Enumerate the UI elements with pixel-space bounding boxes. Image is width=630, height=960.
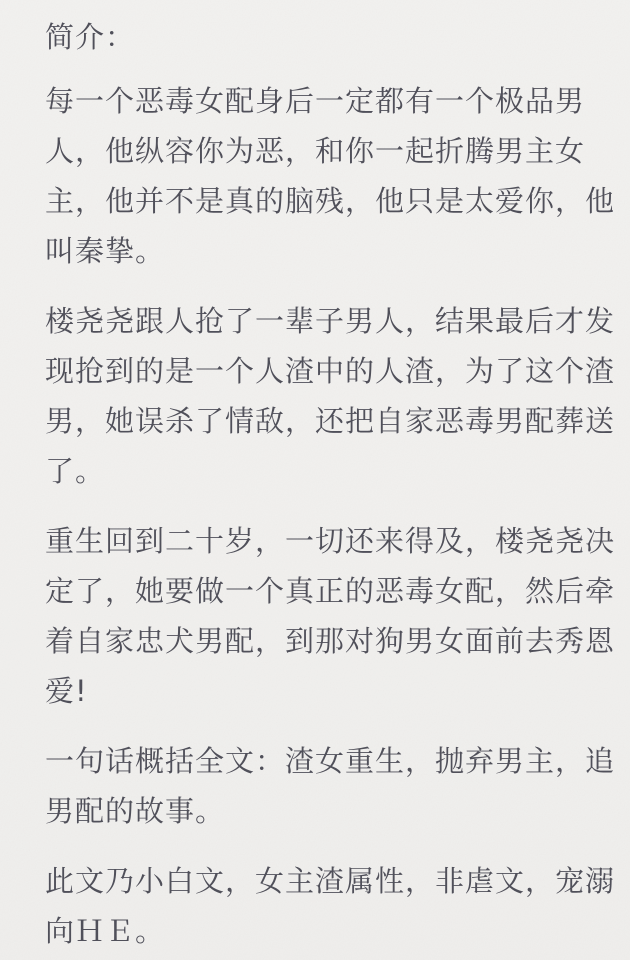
text-line: 向ＨＥ。 (45, 906, 620, 956)
synopsis-content: 简介： 每一个恶毒女配身后一定都有一个极品男 人，他纵容你为恶，和你一起折腾男主… (0, 0, 630, 960)
text-line: 每一个恶毒女配身后一定都有一个极品男 (45, 76, 620, 126)
text-line: 楼尧尧跟人抢了一辈子男人，结果最后才发 (45, 296, 620, 346)
paragraph-3: 重生回到二十岁，一切还来得及，楼尧尧决 定了，她要做一个真正的恶毒女配，然后牵 … (45, 516, 620, 716)
text-line: 现抢到的是一个人渣中的人渣，为了这个渣 (45, 346, 620, 396)
paragraph-5: 此文乃小白文，女主渣属性，非虐文，宠溺 向ＨＥ。 (45, 856, 620, 956)
text-line: 一句话概括全文：渣女重生，抛弃男主，追 (45, 736, 620, 786)
text-line: 男，她误杀了情敌，还把自家恶毒男配葬送 (45, 396, 620, 446)
synopsis-title: 简介： (45, 12, 620, 62)
text-line: 重生回到二十岁，一切还来得及，楼尧尧决 (45, 516, 620, 566)
text-line: 了。 (45, 446, 620, 496)
text-line: 男配的故事。 (45, 786, 620, 836)
text-line: 人，他纵容你为恶，和你一起折腾男主女 (45, 126, 620, 176)
paragraph-2: 楼尧尧跟人抢了一辈子男人，结果最后才发 现抢到的是一个人渣中的人渣，为了这个渣 … (45, 296, 620, 496)
text-line: 定了，她要做一个真正的恶毒女配，然后牵 (45, 566, 620, 616)
text-line: 此文乃小白文，女主渣属性，非虐文，宠溺 (45, 856, 620, 906)
text-line: 叫秦挚。 (45, 226, 620, 276)
text-line: 爱! (45, 666, 620, 716)
reader-page: 简介： 每一个恶毒女配身后一定都有一个极品男 人，他纵容你为恶，和你一起折腾男主… (0, 0, 630, 960)
paragraph-1: 每一个恶毒女配身后一定都有一个极品男 人，他纵容你为恶，和你一起折腾男主女 主，… (45, 76, 620, 276)
paragraph-4: 一句话概括全文：渣女重生，抛弃男主，追 男配的故事。 (45, 736, 620, 836)
text-line: 着自家忠犬男配，到那对狗男女面前去秀恩 (45, 616, 620, 666)
text-line: 主，他并不是真的脑残，他只是太爱你，他 (45, 176, 620, 226)
